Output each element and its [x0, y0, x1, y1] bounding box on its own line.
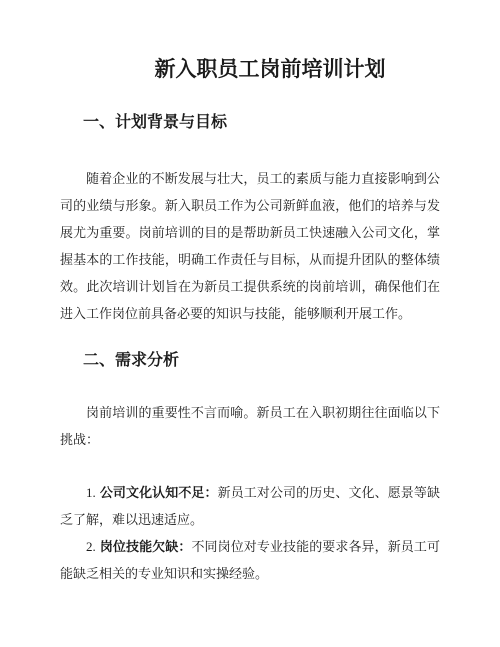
- paragraph-background-goals: 随着企业的不断发展与壮大，员工的素质与能力直接影响到公司的业绩与形象。新入职员工…: [60, 165, 440, 327]
- challenge-item-2-term: 岗位技能欠缺：: [100, 539, 192, 554]
- challenge-item-1-number: 1.: [86, 485, 96, 500]
- challenge-list: 1.公司文化认知不足：新员工对公司的历史、文化、愿景等缺乏了解，难以迅速适应。 …: [60, 479, 440, 587]
- section-heading-background-goals: 一、计划背景与目标: [60, 111, 440, 135]
- challenge-item-2-number: 2.: [86, 539, 96, 554]
- paragraph-needs-intro: 岗前培训的重要性不言而喻。新员工在入职初期往往面临以下挑战：: [60, 399, 440, 453]
- challenge-item-2: 2.岗位技能欠缺：不同岗位对专业技能的要求各异，新员工可能缺乏相关的专业知识和实…: [60, 533, 440, 587]
- document-page: 新入职员工岗前培训计划 一、计划背景与目标 随着企业的不断发展与壮大，员工的素质…: [0, 0, 500, 647]
- section-heading-needs-analysis: 二、需求分析: [60, 349, 440, 373]
- document-title: 新入职员工岗前培训计划: [60, 55, 440, 85]
- challenge-item-1-term: 公司文化认知不足：: [100, 485, 218, 500]
- challenge-item-1: 1.公司文化认知不足：新员工对公司的历史、文化、愿景等缺乏了解，难以迅速适应。: [60, 479, 440, 533]
